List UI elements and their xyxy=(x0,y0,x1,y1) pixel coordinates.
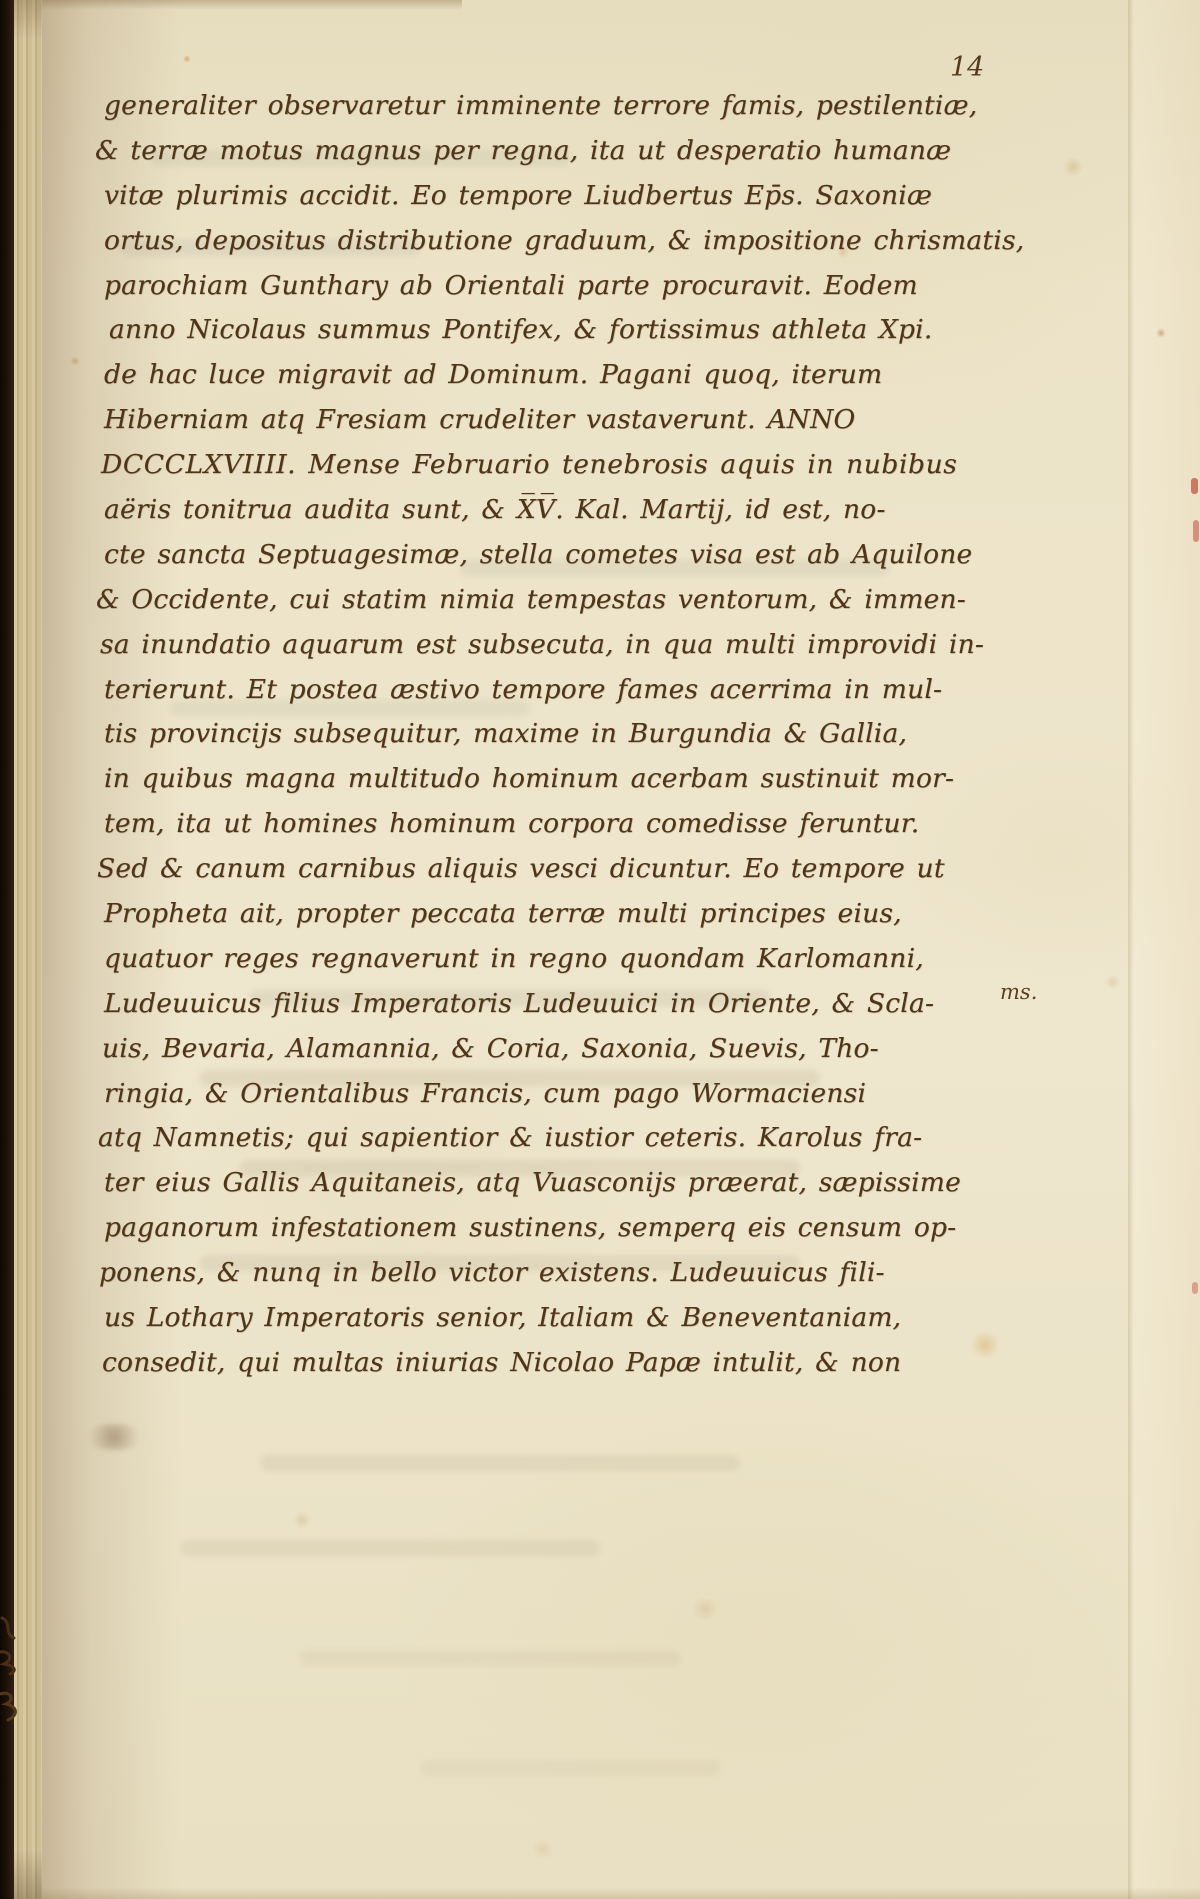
manuscript-line: in quibus magna multitudo hominum acerba… xyxy=(104,757,990,802)
margin-squiggle-icon xyxy=(0,1612,30,1676)
manuscript-line: atq Namnetis; qui sapientior & iustior c… xyxy=(98,1116,990,1161)
manuscript-line: & Occidente, cui statim nimia tempestas … xyxy=(96,578,990,623)
page-fore-edge xyxy=(1128,0,1200,1899)
manuscript-line: uis, Bevaria, Alamannia, & Coria, Saxoni… xyxy=(102,1027,990,1072)
manuscript-line: Sed & canum carnibus aliquis vesci dicun… xyxy=(97,847,990,892)
manuscript-line: terierunt. Et postea æstivo tempore fame… xyxy=(104,668,990,713)
manuscript-line: Ludeuuicus filius Imperatoris Ludeuuici … xyxy=(104,982,990,1027)
manuscript-line: quatuor reges regnaverunt in regno quond… xyxy=(104,937,990,982)
manuscript-line: & terræ motus magnus per regna, ita ut d… xyxy=(95,129,990,174)
manuscript-line: us Lothary Imperatoris senior, Italiam &… xyxy=(104,1296,990,1341)
manuscript-line: cte sancta Septuagesimæ, stella cometes … xyxy=(104,533,990,578)
manuscript-line: paganorum infestationem sustinens, sempe… xyxy=(104,1206,990,1251)
manuscript-line: Propheta ait, propter peccata terræ mult… xyxy=(104,892,990,937)
manuscript-line: Hiberniam atq Fresiam crudeliter vastave… xyxy=(104,398,990,443)
manuscript-line: tis provincijs subsequitur, maxime in Bu… xyxy=(104,712,990,757)
manuscript-line: anno Nicolaus summus Pontifex, & fortiss… xyxy=(109,308,990,353)
manuscript-line: vitæ plurimis accidit. Eo tempore Liudbe… xyxy=(104,174,990,219)
manuscript-line: generaliter observaretur imminente terro… xyxy=(104,84,990,129)
manuscript-line: ringia, & Orientalibus Francis, cum pago… xyxy=(104,1072,990,1117)
bottom-edge-shadow xyxy=(42,1887,1200,1899)
manuscript-line: de hac luce migravit ad Dominum. Pagani … xyxy=(104,353,990,398)
manuscript-line: ortus, depositus distributione graduum, … xyxy=(104,219,990,264)
folio-number: 14 xyxy=(950,52,984,83)
manuscript-line: ponens, & nunq in bello victor existens.… xyxy=(99,1251,990,1296)
top-edge-shadow xyxy=(42,0,462,10)
manuscript-line: tem, ita ut homines hominum corpora come… xyxy=(104,802,990,847)
margin-squiggle-icon xyxy=(0,1686,26,1726)
manuscript-line: ter eius Gallis Aquitaneis, atq Vuasconi… xyxy=(104,1161,990,1206)
manuscript-line: parochiam Gunthary ab Orientali parte pr… xyxy=(104,264,990,309)
manuscript-line: DCCCLXVIIII. Mense Februario tenebrosis … xyxy=(101,443,990,488)
manuscript-line: consedit, qui multas iniurias Nicolao Pa… xyxy=(102,1341,990,1386)
manuscript-line: aëris tonitrua audita sunt, & X̅V̅. Kal.… xyxy=(104,488,990,533)
manuscript-text-block: generaliter observaretur imminente terro… xyxy=(104,84,990,1386)
manuscript-line: sa inundatio aquarum est subsecuta, in q… xyxy=(100,623,990,668)
ink-smudge xyxy=(82,1424,146,1450)
margin-note: ms. xyxy=(1000,980,1037,1004)
